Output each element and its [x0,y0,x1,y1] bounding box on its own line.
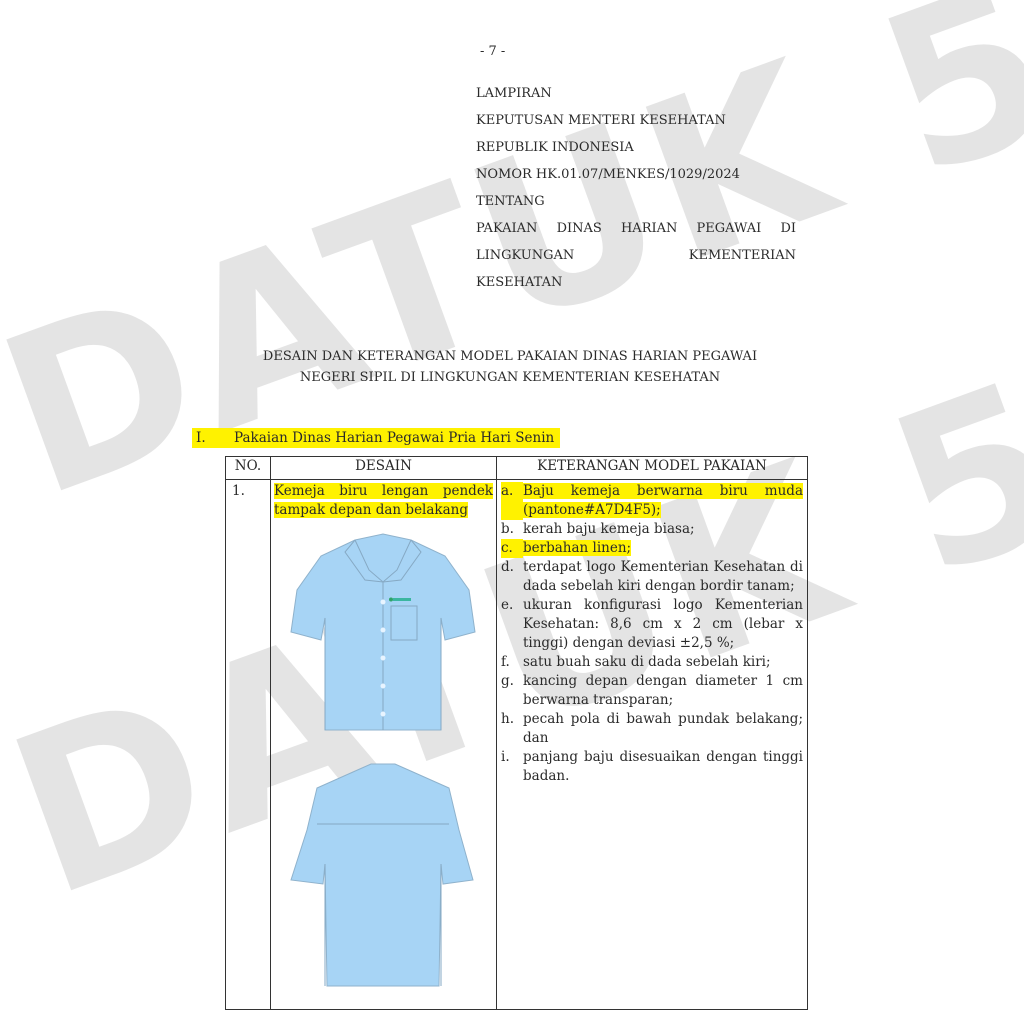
shirt-front-image [283,530,483,740]
table-header-row: NO. DESAIN KETERANGAN MODEL PAKAIAN [226,457,808,480]
page-number: - 7 - [480,44,505,59]
document-title-line: DESAIN DAN KETERANGAN MODEL PAKAIAN DINA… [200,346,820,367]
desain-cell: Kemeja biru lengan pendek tampak depan d… [271,480,497,1010]
desain-caption: Kemeja biru lengan pendek tampak depan d… [274,482,493,520]
list-item: i.panjang baju disesuaikan dengan tinggi… [501,748,803,786]
lampiran-block: LAMPIRAN KEPUTUSAN MENTERI KESEHATAN REP… [476,80,796,296]
list-item: g.kancing depan dengan diameter 1 cm ber… [501,672,803,710]
list-item: c.berbahan linen; [501,539,803,558]
uniform-spec-table: NO. DESAIN KETERANGAN MODEL PAKAIAN 1. K… [225,456,808,1010]
word: LINGKUNGAN [476,242,574,269]
document-title-line: NEGERI SIPIL DI LINGKUNGAN KEMENTERIAN K… [200,367,820,388]
table-row: 1. Kemeja biru lengan pendek tampak depa… [226,480,808,1010]
section-title: Pakaian Dinas Harian Pegawai Pria Hari S… [234,428,560,448]
lampiran-line: TENTANG [476,188,796,215]
document-title: DESAIN DAN KETERANGAN MODEL PAKAIAN DINA… [200,346,820,388]
section-heading: I.Pakaian Dinas Harian Pegawai Pria Hari… [192,428,560,448]
lampiran-line: KESEHATAN [476,269,796,296]
section-number: I. [192,428,234,448]
word: DI [780,215,796,242]
lampiran-line: KEPUTUSAN MENTERI KESEHATAN [476,107,796,134]
word: PEGAWAI [697,215,762,242]
keterangan-cell: a.Baju kemeja berwarna biru muda (panton… [497,480,808,1010]
keterangan-list: a.Baju kemeja berwarna biru muda (panton… [501,482,803,786]
lampiran-line: LINGKUNGAN KEMENTERIAN [476,242,796,269]
word: DINAS [557,215,602,242]
header-desain: DESAIN [271,457,497,480]
header-no: NO. [226,457,271,480]
word: PAKAIAN [476,215,537,242]
document-page: - 7 - LAMPIRAN KEPUTUSAN MENTERI KESEHAT… [0,0,1024,1024]
ministry-logo [393,598,411,601]
lampiran-line: NOMOR HK.01.07/MENKES/1029/2024 [476,161,796,188]
header-keterangan: KETERANGAN MODEL PAKAIAN [497,457,808,480]
row-number: 1. [226,480,271,1010]
lampiran-line: LAMPIRAN [476,80,796,107]
word: HARIAN [621,215,677,242]
list-item: f.satu buah saku di dada sebelah kiri; [501,653,803,672]
list-item: d.terdapat logo Kementerian Kesehatan di… [501,558,803,596]
word: KEMENTERIAN [689,242,796,269]
lampiran-line: PAKAIAN DINAS HARIAN PEGAWAI DI [476,215,796,242]
list-item: h.pecah pola di bawah pundak belakang; d… [501,710,803,748]
lampiran-line: REPUBLIK INDONESIA [476,134,796,161]
shirt-back-image [283,760,483,990]
list-item: e.ukuran konfigurasi logo Kementerian Ke… [501,596,803,653]
list-item: b.kerah baju kemeja biasa; [501,520,803,539]
list-item: a.Baju kemeja berwarna biru muda (panton… [501,482,803,520]
